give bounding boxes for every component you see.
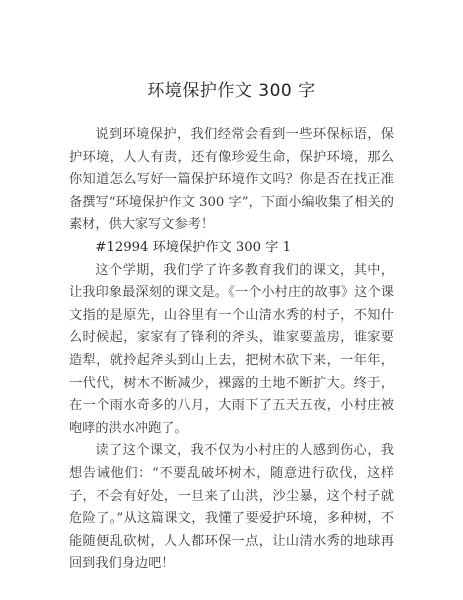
document-page: 环境保护作文 300 字 说到环境保护，我们经常会看到一些环保标语，保护环境，人… bbox=[0, 0, 463, 600]
essay-paragraph: 读了这个课文，我不仅为小村庄的人感到伤心，我想告诫他们：“不要乱破坏树木，随意进… bbox=[69, 440, 394, 576]
document-title: 环境保护作文 300 字 bbox=[0, 76, 463, 101]
document-body: 说到环境保护，我们经常会看到一些环保标语，保护环境，人人有责，还有像珍爱生命，保… bbox=[69, 124, 394, 576]
essay-heading: #12994 环境保护作文 300 字 1 bbox=[69, 237, 394, 260]
essay-paragraph: 这个学期，我们学了许多教育我们的课文，其中，让我印象最深刻的课文是。《一个小村庄… bbox=[69, 260, 394, 441]
intro-paragraph: 说到环境保护，我们经常会看到一些环保标语，保护环境，人人有责，还有像珍爱生命，保… bbox=[69, 124, 394, 237]
